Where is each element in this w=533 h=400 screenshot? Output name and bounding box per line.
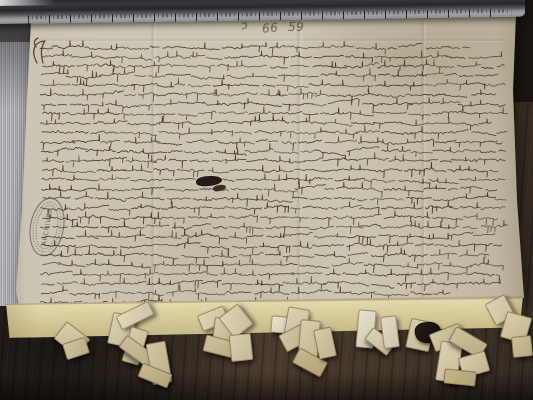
seal-tags — [0, 0, 533, 400]
seal-tag — [380, 315, 400, 349]
ruler-highlight — [0, 0, 78, 6]
seal-tag — [443, 368, 476, 386]
photo-frame: ARCHIVES ɔ 66 59 — [0, 0, 533, 400]
seal-tag — [229, 333, 254, 362]
seal-tag — [511, 335, 533, 358]
